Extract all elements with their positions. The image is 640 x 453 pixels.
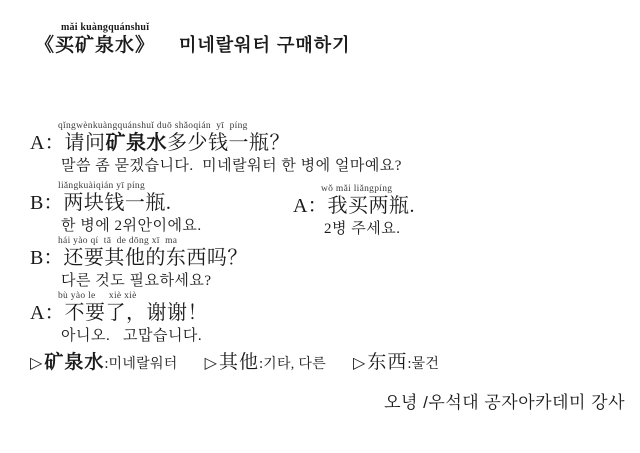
dialogue-line-b1: liǎngkuàiqián yī píng B：两块钱一瓶. 한 병에 2위안이… (30, 181, 202, 235)
dialogue-line-a1: qǐngwènkuàngquánshuǐ duō shǎoqián yī pín… (30, 121, 402, 175)
chinese-b2-text: 还要其他的东西吗？ (63, 247, 248, 269)
triangle-bullet-icon: ▷ (30, 353, 42, 373)
dialogue-line-a2: wǒ mǎi liǎngpíng A：我买两瓶. 2병 주세요. (293, 184, 415, 238)
vocab-item-dongxi: ▷东西:물건 (353, 347, 439, 374)
chinese-a1-keyword: 矿泉水 (105, 132, 167, 154)
korean-b2: 다른 것도 필요하세요? (61, 273, 248, 290)
vocab-meaning: 미네랄워터 (109, 353, 178, 373)
title-korean: 미네랄워터 구매하기 (179, 35, 351, 55)
vocab-meaning: 물건 (412, 353, 440, 373)
vocab-term: 其他 (219, 347, 259, 374)
chinese-b1: B：两块钱一瓶. (30, 192, 202, 215)
korean-a2: 2병 주세요. (324, 221, 415, 238)
vocab-item-qita: ▷其他:기타, 다른 (205, 347, 326, 374)
chinese-a3-text: 不要了，谢谢！ (64, 302, 208, 324)
speaker-a2: A： (293, 195, 327, 217)
chinese-b2: B：还要其他的东西吗？ (30, 247, 248, 270)
speaker-b2: B： (30, 247, 63, 269)
instructor-credit: 오녕 /우석대 공자아카데미 강사 (384, 388, 625, 413)
dialogue-line-a3: bù yào le xiè xiè A：不要了，谢谢！ 아니오. 고맙습니다. (30, 291, 208, 345)
chinese-a2-text: 我买两瓶. (327, 195, 415, 217)
pinyin-b2: hái yào qí tā de dōng xī ma (58, 236, 248, 247)
pinyin-a3: bù yào le xiè xiè (58, 291, 208, 302)
chinese-a2: A：我买两瓶. (293, 195, 415, 218)
title-chinese: 《买矿泉水》 (35, 35, 155, 56)
title-main: 《买矿泉水》미네랄워터 구매하기 (35, 33, 351, 59)
speaker-a1: A： (30, 132, 64, 154)
speaker-a3: A： (30, 302, 64, 324)
dialogue-line-b2: hái yào qí tā de dōng xī ma B：还要其他的东西吗？ … (30, 236, 248, 290)
vocab-item-kuangquanshui: ▷矿泉水:미네랄워터 (30, 347, 178, 374)
vocab-meaning: 기타, 다른 (263, 353, 326, 373)
slide-title: mǎi kuàngquánshuǐ 《买矿泉水》미네랄워터 구매하기 (35, 22, 351, 59)
chinese-a1: A：请问矿泉水多少钱一瓶？ (30, 132, 402, 155)
vocabulary-row: ▷矿泉水:미네랄워터 ▷其他:기타, 다른 ▷东西:물건 (30, 347, 439, 374)
pinyin-b1: liǎngkuàiqián yī píng (58, 181, 202, 192)
lesson-slide: mǎi kuàngquánshuǐ 《买矿泉水》미네랄워터 구매하기 qǐngw… (0, 0, 640, 453)
speaker-b1: B： (30, 192, 63, 214)
chinese-a1-pre: 请问 (64, 132, 105, 154)
korean-a3: 아니오. 고맙습니다. (61, 328, 208, 345)
pinyin-a1: qǐngwènkuàngquánshuǐ duō shǎoqián yī pín… (58, 121, 402, 132)
korean-b1: 한 병에 2위안이에요. (61, 218, 202, 235)
triangle-bullet-icon: ▷ (353, 353, 365, 373)
vocab-term: 东西 (367, 347, 407, 374)
chinese-a3: A：不要了，谢谢！ (30, 302, 208, 325)
pinyin-a2: wǒ mǎi liǎngpíng (321, 184, 415, 195)
vocab-term: 矿泉水 (44, 347, 104, 374)
chinese-b1-text: 两块钱一瓶. (63, 192, 171, 214)
triangle-bullet-icon: ▷ (205, 353, 217, 373)
title-pinyin: mǎi kuàngquánshuǐ (61, 22, 351, 33)
korean-a1: 말씀 좀 묻겠습니다. 미네랄워터 한 병에 얼마예요? (61, 158, 402, 175)
chinese-a1-post: 多少钱一瓶？ (167, 132, 290, 154)
